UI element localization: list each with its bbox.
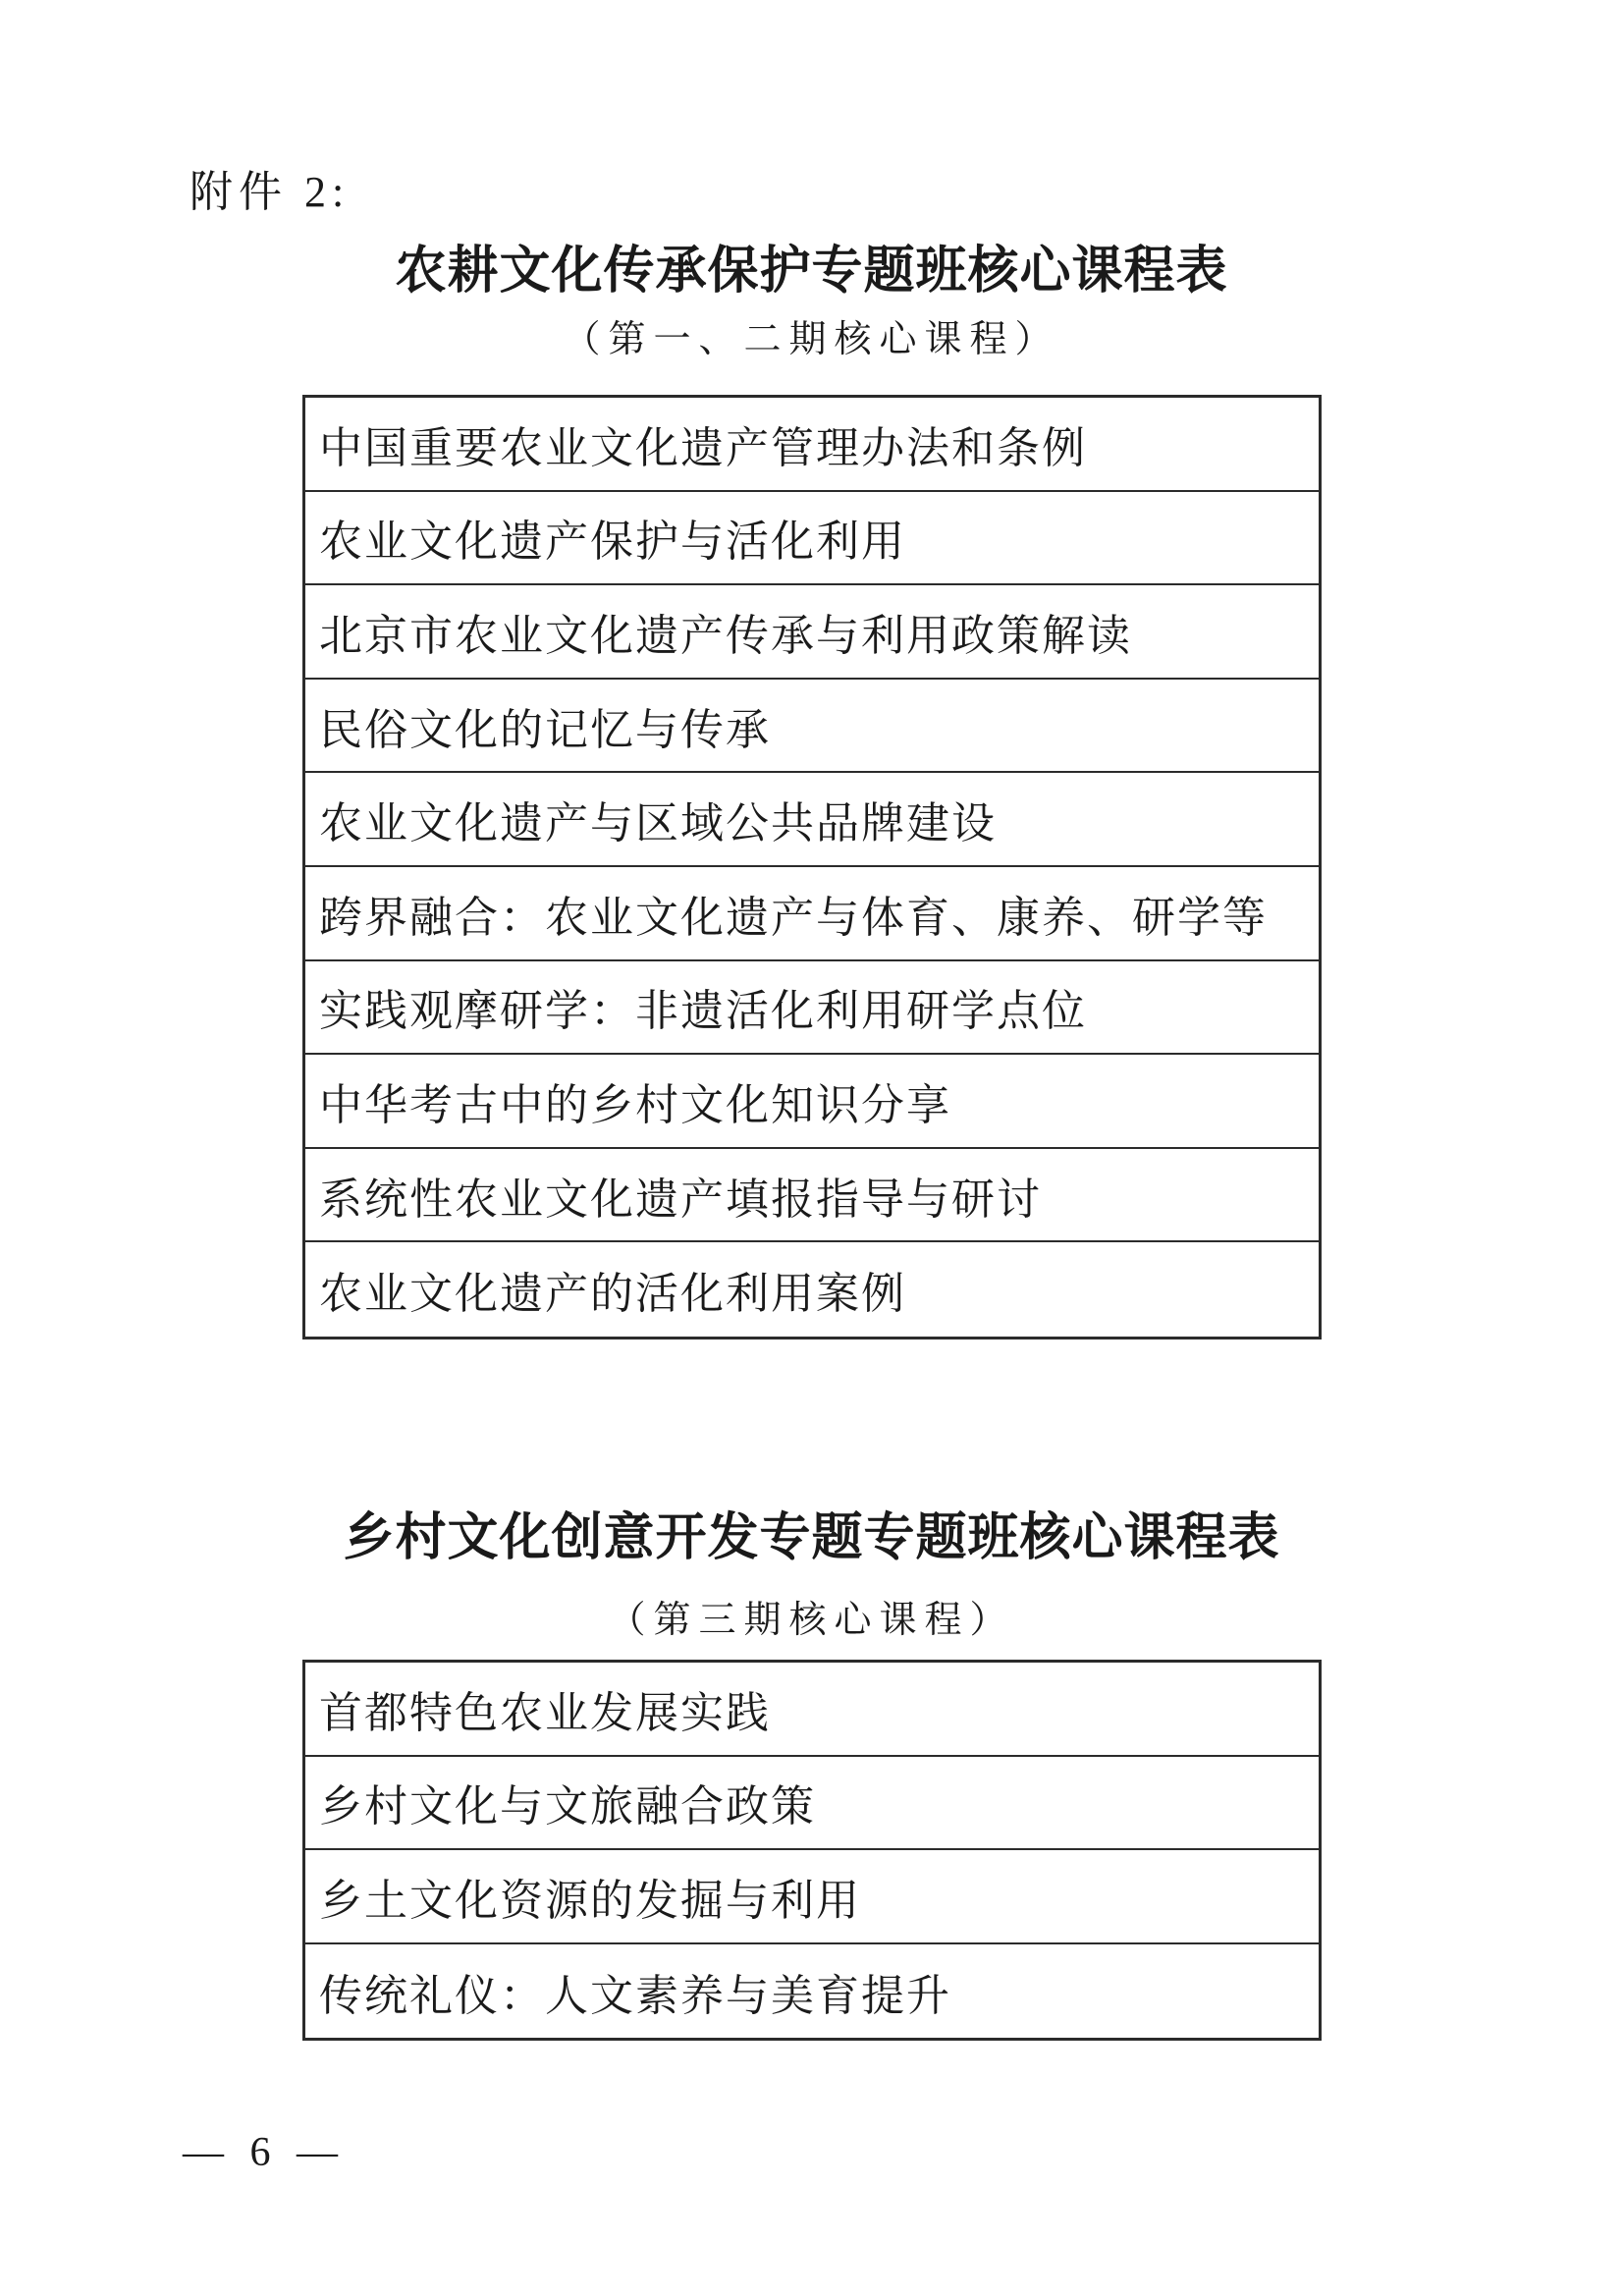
table-row: 乡村文化与文旅融合政策 (305, 1757, 1319, 1851)
table-row: 中国重要农业文化遗产管理办法和条例 (305, 398, 1319, 492)
table-row: 首都特色农业发展实践 (305, 1663, 1319, 1757)
section1-title: 农耕文化传承保护专题班核心课程表 (0, 242, 1623, 301)
section2-course-table: 首都特色农业发展实践 乡村文化与文旅融合政策 乡土文化资源的发掘与利用 传统礼仪… (302, 1660, 1322, 2041)
table-row: 实践观摩研学：非遗活化利用研学点位 (305, 961, 1319, 1056)
table-row: 传统礼仪：人文素养与美育提升 (305, 1944, 1319, 2039)
table-row: 中华考古中的乡村文化知识分享 (305, 1055, 1319, 1149)
attachment-label: 附件 2: (189, 165, 350, 220)
table-row: 农业文化遗产与区域公共品牌建设 (305, 773, 1319, 867)
document-page: 附件 2: 农耕文化传承保护专题班核心课程表 （第一、二期核心课程） 中国重要农… (0, 0, 1623, 2296)
table-row: 跨界融合：农业文化遗产与体育、康养、研学等 (305, 867, 1319, 961)
section2-title: 乡村文化创意开发专题专题班核心课程表 (0, 1508, 1623, 1567)
table-row: 系统性农业文化遗产填报指导与研讨 (305, 1149, 1319, 1243)
section1-course-table: 中国重要农业文化遗产管理办法和条例 农业文化遗产保护与活化利用 北京市农业文化遗… (302, 395, 1322, 1339)
page-number: — 6 — (183, 2127, 338, 2178)
table-row: 北京市农业文化遗产传承与利用政策解读 (305, 585, 1319, 680)
table-row: 农业文化遗产的活化利用案例 (305, 1242, 1319, 1337)
section1-subtitle: （第一、二期核心课程） (0, 316, 1623, 363)
table-row: 乡土文化资源的发掘与利用 (305, 1850, 1319, 1944)
table-row: 农业文化遗产保护与活化利用 (305, 492, 1319, 586)
table-row: 民俗文化的记忆与传承 (305, 680, 1319, 774)
section2-subtitle: （第三期核心课程） (0, 1597, 1623, 1644)
